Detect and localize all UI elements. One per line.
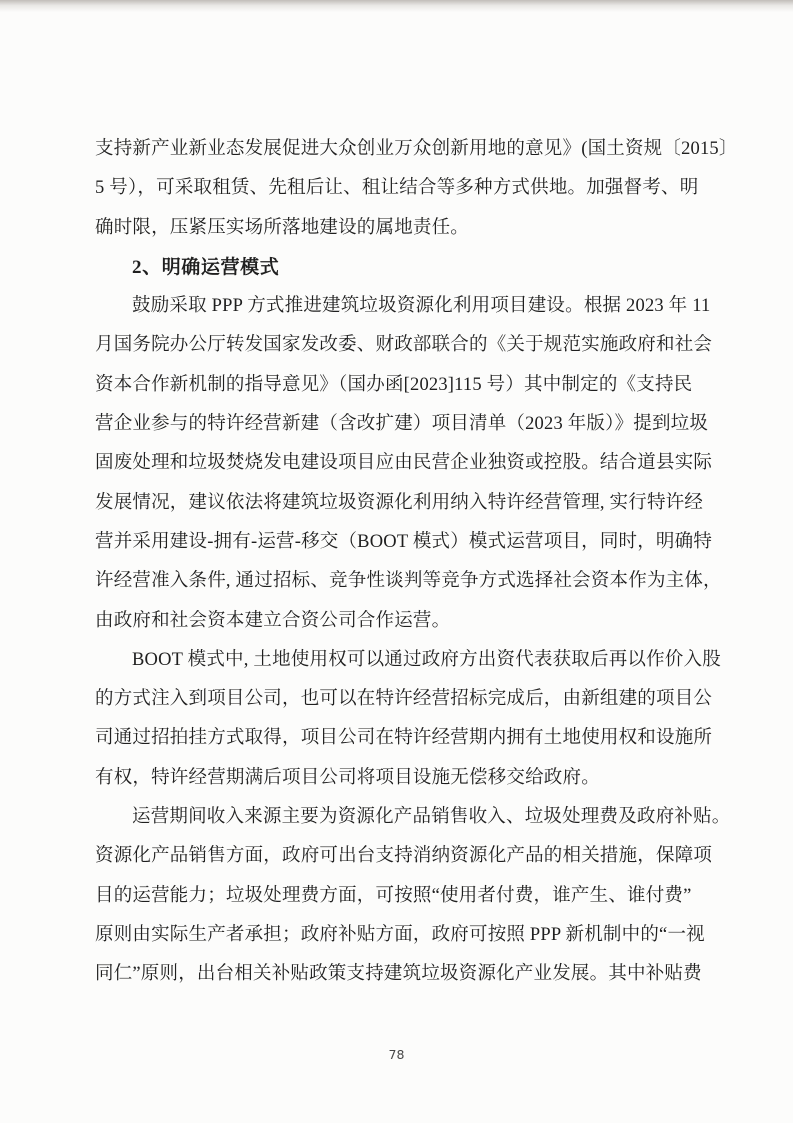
text-line: 发展情况，建议依法将建筑垃圾资源化利用纳入特许经营管理, 实行特许经: [95, 484, 707, 523]
text-line: 目的运营能力；垃圾处理费方面，可按照“使用者付费，谁产生、谁付费”: [95, 877, 707, 916]
text-line: 的方式注入到项目公司，也可以在特许经营招标完成后，由新组建的项目公: [95, 680, 707, 719]
scan-edge-artifact: [0, 0, 793, 12]
text-line: 5 号），可采取租赁、先租后让、租让结合等多种方式供地。加强督考、明: [95, 169, 707, 208]
text-line: 营并采用建设-拥有-运营-移交（BOOT 模式）模式运营项目，同时，明确特: [95, 523, 707, 562]
text-line: 支持新产业新业态发展促进大众创业万众创新用地的意见》(国土资规〔2015〕: [95, 130, 707, 169]
text-line: 同仁”原则，出台相关补贴政策支持建筑垃圾资源化产业发展。其中补贴费: [95, 955, 707, 994]
text-line: BOOT 模式中, 土地使用权可以通过政府方出资代表获取后再以作价入股: [95, 641, 707, 680]
text-line: 资源化产品销售方面，政府可出台支持消纳资源化产品的相关措施，保障项: [95, 837, 707, 876]
text-line: 固废处理和垃圾焚烧发电建设项目应由民营企业独资或控股。结合道县实际: [95, 444, 707, 483]
text-line: 月国务院办公厅转发国家发改委、财政部联合的《关于规范实施政府和社会: [95, 326, 707, 365]
text-line: 营企业参与的特许经营新建（含改扩建）项目清单（2023 年版）》提到垃圾: [95, 405, 707, 444]
page-body: 支持新产业新业态发展促进大众创业万众创新用地的意见》(国土资规〔2015〕5 号…: [95, 130, 707, 995]
text-line: 鼓励采取 PPP 方式推进建筑垃圾资源化利用项目建设。根据 2023 年 11: [95, 287, 707, 326]
text-line: 有权，特许经营期满后项目公司将项目设施无偿移交给政府。: [95, 759, 707, 798]
section-heading: 2、明确运营模式: [95, 248, 707, 287]
text-line: 原则由实际生产者承担；政府补贴方面，政府可按照 PPP 新机制中的“一视: [95, 916, 707, 955]
text-line: 确时限，压紧压实场所落地建设的属地责任。: [95, 209, 707, 248]
text-line: 由政府和社会资本建立合资公司合作运营。: [95, 602, 707, 641]
page-number: 78: [0, 1047, 793, 1062]
text-line: 运营期间收入来源主要为资源化产品销售收入、垃圾处理费及政府补贴。: [95, 798, 707, 837]
text-line: 司通过招拍挂方式取得，项目公司在特许经营期内拥有土地使用权和设施所: [95, 719, 707, 758]
text-line: 许经营准入条件, 通过招标、竞争性谈判等竞争方式选择社会资本作为主体，: [95, 562, 707, 601]
document-page: 支持新产业新业态发展促进大众创业万众创新用地的意见》(国土资规〔2015〕5 号…: [0, 0, 793, 1123]
text-line: 资本合作新机制的指导意见》（国办函[2023]115 号）其中制定的《支持民: [95, 366, 707, 405]
